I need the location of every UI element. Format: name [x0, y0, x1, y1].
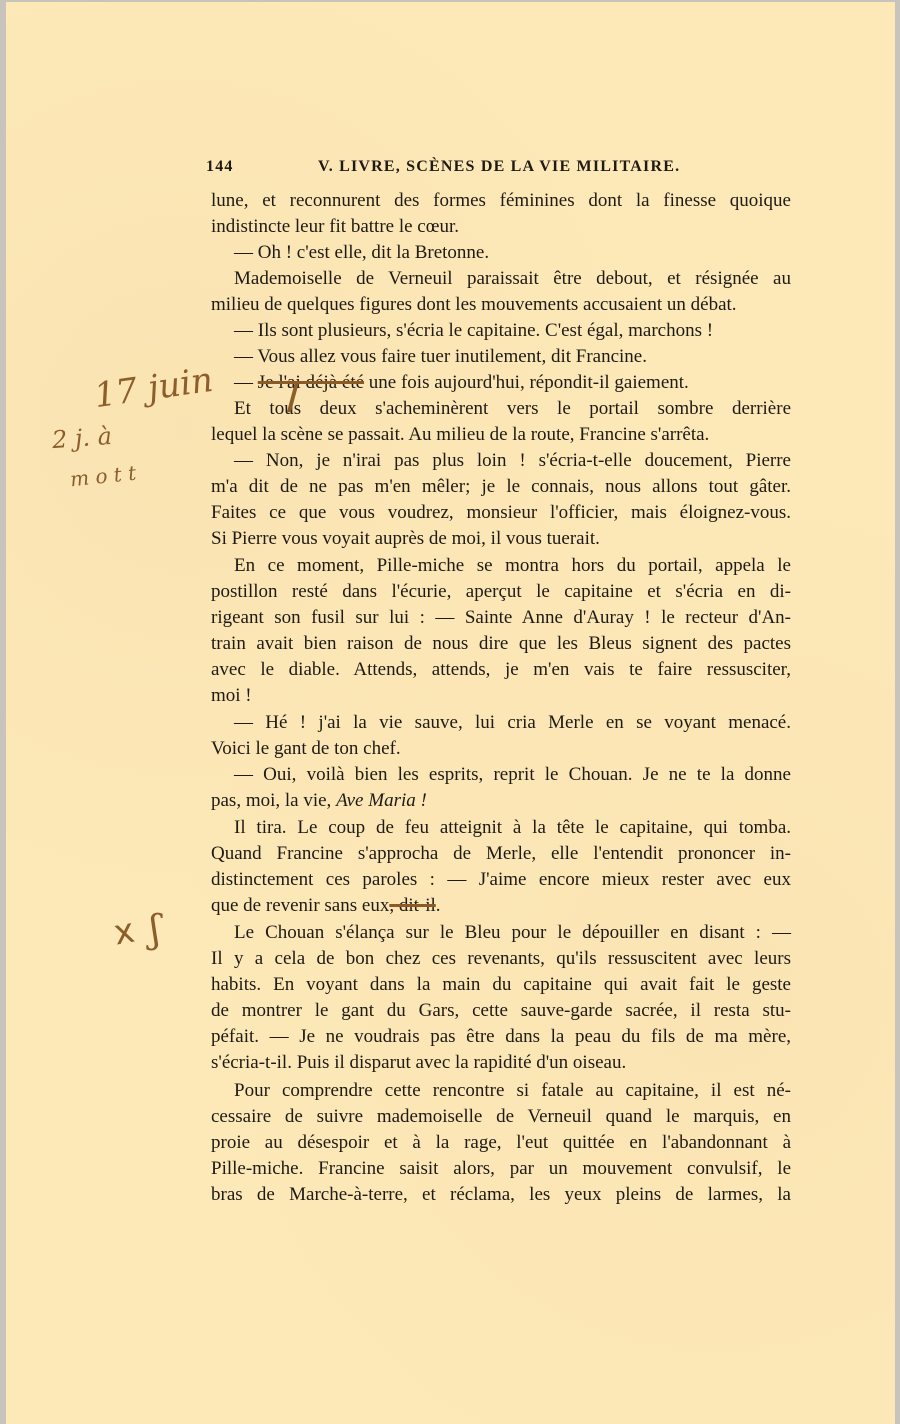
text-line: — Ils sont plusieurs, s'écria le capitai… [234, 318, 791, 344]
margin-note-date: 17 juin [92, 360, 216, 416]
text-line: indistincte leur fit battre le cœur. [211, 214, 791, 240]
text-line: Pour comprendre cette rencontre si fatal… [234, 1078, 791, 1104]
text-line-with-italic: pas, moi, la vie, Ave Maria ! [211, 788, 791, 814]
text-line: habits. En voyant dans la main du capita… [211, 972, 791, 998]
text-line: moi ! [211, 683, 791, 709]
text-line: postillon resté dans l'écurie, aperçut l… [211, 579, 791, 605]
text-line: péfait. — Je ne voudrais pas être dans l… [211, 1024, 791, 1050]
text-line: — Non, je n'irai pas plus loin ! s'écria… [234, 448, 791, 474]
margin-deletion-mark: ʃ [150, 907, 160, 951]
text-line: — Oh ! c'est elle, dit la Bretonne. [234, 240, 791, 266]
text-line: Quand Francine s'approcha de Merle, elle… [211, 841, 791, 867]
text-line: Faites ce que vous voudrez, monsieur l'o… [211, 500, 791, 526]
margin-note-line-2: 2 j. à [51, 422, 113, 454]
text-line: Et tous deux s'acheminèrent vers le port… [234, 396, 791, 422]
text-line: Pille-miche. Francine saisit alors, par … [211, 1156, 791, 1182]
text-line: s'écria-t-il. Puis il disparut avec la r… [211, 1050, 791, 1076]
margin-note-line-3: m o t t [69, 461, 137, 492]
text-line: Si Pierre vous voyait auprès de moi, il … [211, 526, 791, 552]
text-line: bras de Marche-à-terre, et réclama, les … [211, 1182, 791, 1208]
line-text: pas, moi, la vie, [211, 790, 336, 811]
line-remainder: une fois aujourd'hui, répondit-il gaieme… [364, 372, 689, 393]
margin-cross-mark: x [111, 911, 138, 954]
struck-through-text: , dit-il [389, 895, 435, 916]
text-line: Mademoiselle de Verneuil paraissait être… [234, 266, 791, 292]
text-line: Il tira. Le coup de feu atteignit à la t… [234, 815, 791, 841]
text-line: distinctement ces paroles : — J'aime enc… [211, 867, 791, 893]
running-head-title: V. LIVRE, SCÈNES DE LA VIE MILITAIRE. [318, 158, 680, 176]
running-head: 144 V. LIVRE, SCÈNES DE LA VIE MILITAIRE… [206, 158, 696, 180]
line-text: que de revenir sans eux [211, 895, 389, 916]
text-line: milieu de quelques figures dont les mouv… [211, 292, 791, 318]
text-line: de montrer le gant du Gars, cette sauve-… [211, 998, 791, 1024]
text-line: — Hé ! j'ai la vie sauve, lui cria Merle… [234, 710, 791, 736]
text-line-with-strikeout: — Je l'ai déjà été une fois aujourd'hui,… [234, 370, 791, 396]
text-line: cessaire de suivre mademoiselle de Verne… [211, 1104, 791, 1130]
text-line-with-strikeout: que de revenir sans eux, dit-il. [211, 893, 791, 919]
text-line: lune, et reconnurent des formes féminine… [211, 188, 791, 214]
em-dash: — [234, 372, 258, 393]
book-page: 144 V. LIVRE, SCÈNES DE LA VIE MILITAIRE… [6, 2, 895, 1424]
text-line: Il y a cela de bon chez ces revenants, q… [211, 946, 791, 972]
line-end: . [436, 895, 441, 916]
page-number: 144 [206, 158, 234, 176]
struck-through-text: Je l'ai déjà été [258, 372, 364, 393]
text-line: En ce moment, Pille-miche se montra hors… [234, 553, 791, 579]
text-line: Voici le gant de ton chef. [211, 736, 791, 762]
text-line: train avait bien raison de nous dire que… [211, 631, 791, 657]
text-line: proie au désespoir et à la rage, l'eut q… [211, 1130, 791, 1156]
italic-text: Ave Maria ! [336, 790, 427, 811]
text-line: — Oui, voilà bien les esprits, reprit le… [234, 762, 791, 788]
text-line: lequel la scène se passait. Au milieu de… [211, 422, 791, 448]
text-line: Le Chouan s'élança sur le Bleu pour le d… [234, 920, 791, 946]
text-line: — Vous allez vous faire tuer inutilement… [234, 344, 791, 370]
text-line: rigeant son fusil sur lui : — Sainte Ann… [211, 605, 791, 631]
text-line: m'a dit de ne pas m'en mêler; je le conn… [211, 474, 791, 500]
text-line: avec le diable. Attends, attends, je m'e… [211, 657, 791, 683]
